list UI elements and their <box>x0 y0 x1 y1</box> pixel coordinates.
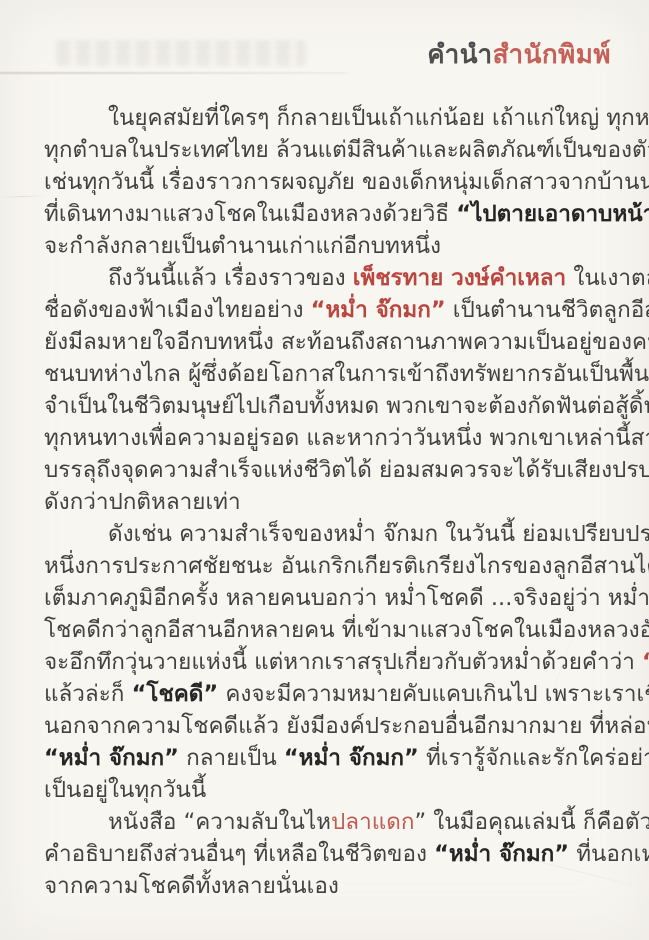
text-segment: เป็นตำนานชีวิตลูกอีสานที่ <box>446 297 649 323</box>
preface-heading: คำนำสำนักพิมพ์ <box>427 34 611 75</box>
text-segment: “หม่ำ จ๊กมก” <box>44 745 179 771</box>
text-segment: ในยุคสมัยที่ใครๆ ก็กลายเป็นเถ้าแก่น้อย เ… <box>108 105 649 131</box>
text-segment: จะอึกทึกวุ่นวายแห่งนี้ แต่หากเราสรุปเกี่… <box>44 649 642 675</box>
text-segment: จากความโชคดีทั้งหลายนั่นเอง <box>44 873 339 899</box>
text-segment: โชคดีกว่าลูกอีสานอีกหลายคน ที่เข้ามาแสวง… <box>44 617 649 643</box>
text-line: แล้วล่ะก็ “โชคดี” คงจะมีความหมายคับแคบเก… <box>44 678 614 710</box>
text-line: จำเป็นในชีวิตมนุษย์ไปเกือบทั้งหมด พวกเขา… <box>44 390 614 422</box>
text-line: ชื่อดังของฟ้าเมืองไทยอย่าง “หม่ำ จ๊กมก” … <box>44 294 614 326</box>
text-line: ยังมีลมหายใจอีกบทหนึ่ง สะท้อนถึงสถานภาพค… <box>44 326 614 358</box>
text-line: จะอึกทึกวุ่นวายแห่งนี้ แต่หากเราสรุปเกี่… <box>44 646 614 678</box>
text-line: ทุกตำบลในประเทศไทย ล้วนแต่มีสินค้าและผลิ… <box>44 134 614 166</box>
text-segment: “ไปตายเอาดาบหน้า” <box>456 201 649 227</box>
text-segment: “หม่ำ จ๊กมก” <box>284 745 419 771</box>
text-segment: นอกจากความโชคดีแล้ว ยังมีองค์ประกอบอื่นอ… <box>44 713 649 739</box>
text-segment: จำเป็นในชีวิตมนุษย์ไปเกือบทั้งหมด พวกเขา… <box>44 393 649 419</box>
text-segment: จะกำลังกลายเป็นตำนานเก่าแก่อีกบทหนึ่ง <box>44 233 441 259</box>
text-segment: ดังกว่าปกติหลายเท่า <box>44 489 241 515</box>
text-segment: “โชคดี” <box>642 649 649 675</box>
text-segment: เต็มภาคภูมิอีกครั้ง หลายคนบอกว่า หม่ำโชค… <box>44 585 649 611</box>
text-segment: ปลาแดก <box>331 809 414 835</box>
text-segment: เป็นอยู่ในทุกวันนี้ <box>44 777 206 803</box>
text-segment: คงจะมีความหมายคับแคบเกินไป เพราะเราเชื่อ… <box>218 681 649 707</box>
text-line: ทุกหนทางเพื่อความอยู่รอด และหากว่าวันหนึ… <box>44 422 614 454</box>
text-segment: หนังสือ “ความลับในไห <box>108 809 331 835</box>
text-line: ถึงวันนี้แล้ว เรื่องราวของ เพ็ชรทาย วงษ์… <box>44 262 614 294</box>
bleed-through-text-artifact <box>56 40 306 66</box>
text-line: เป็นอยู่ในทุกวันนี้ <box>44 774 614 806</box>
text-line: หนึ่งการประกาศชัยชนะ อันเกริกเกียรติเกรี… <box>44 550 614 582</box>
text-line: เต็มภาคภูมิอีกครั้ง หลายคนบอกว่า หม่ำโชค… <box>44 582 614 614</box>
preface-heading-red: สำนักพิมพ์ <box>493 40 611 70</box>
text-segment: ชนบทห่างไกล ผู้ซึ่งด้อยโอกาสในการเข้าถึง… <box>44 361 649 387</box>
text-segment: หนึ่งการประกาศชัยชนะ อันเกริกเกียรติเกรี… <box>44 553 649 579</box>
text-line: คำอธิบายถึงส่วนอื่นๆ ที่เหลือในชีวิตของ … <box>44 838 614 870</box>
text-segment: ชื่อดังของฟ้าเมืองไทยอย่าง <box>44 297 311 323</box>
text-segment: ที่นอกเหนือ <box>569 841 649 867</box>
text-segment: ถึงวันนี้แล้ว เรื่องราวของ <box>108 265 353 291</box>
text-line: ดังกว่าปกติหลายเท่า <box>44 486 614 518</box>
text-segment: ดังเช่น ความสำเร็จของหม่ำ จ๊กมก ในวันนี้… <box>108 521 649 547</box>
preface-body: ในยุคสมัยที่ใครๆ ก็กลายเป็นเถ้าแก่น้อย เ… <box>44 102 614 902</box>
text-segment: “หม่ำ จ๊กมก” <box>434 841 569 867</box>
text-line: ดังเช่น ความสำเร็จของหม่ำ จ๊กมก ในวันนี้… <box>44 518 614 550</box>
text-line: เช่นทุกวันนี้ เรื่องราวการผจญภัย ของเด็ก… <box>44 166 614 198</box>
text-line: “หม่ำ จ๊กมก” กลายเป็น “หม่ำ จ๊กมก” ที่เร… <box>44 742 614 774</box>
paper-crease <box>0 195 46 198</box>
text-segment: ในเงาตลก <box>566 265 649 291</box>
text-line: จากความโชคดีทั้งหลายนั่นเอง <box>44 870 614 902</box>
text-line: ชนบทห่างไกล ผู้ซึ่งด้อยโอกาสในการเข้าถึง… <box>44 358 614 390</box>
text-segment: คำอธิบายถึงส่วนอื่นๆ ที่เหลือในชีวิตของ <box>44 841 434 867</box>
text-line: ที่เดินทางมาแสวงโชคในเมืองหลวงด้วยวิธี “… <box>44 198 614 230</box>
text-line: โชคดีกว่าลูกอีสานอีกหลายคน ที่เข้ามาแสวง… <box>44 614 614 646</box>
text-segment: “โชคดี” <box>132 681 219 707</box>
text-line: จะกำลังกลายเป็นตำนานเก่าแก่อีกบทหนึ่ง <box>44 230 614 262</box>
text-segment: “หม่ำ จ๊กมก” <box>311 297 446 323</box>
text-line: นอกจากความโชคดีแล้ว ยังมีองค์ประกอบอื่นอ… <box>44 710 614 742</box>
book-page: คำนำสำนักพิมพ์ ในยุคสมัยที่ใครๆ ก็กลายเป… <box>0 0 649 940</box>
text-line: ในยุคสมัยที่ใครๆ ก็กลายเป็นเถ้าแก่น้อย เ… <box>44 102 614 134</box>
text-segment: เช่นทุกวันนี้ เรื่องราวการผจญภัย ของเด็ก… <box>44 169 649 195</box>
bleed-through-rule-artifact <box>0 72 348 74</box>
preface-heading-black: คำนำ <box>427 40 492 70</box>
text-segment: ที่เรารู้จักและรักใคร่อย่างที่ <box>419 745 649 771</box>
text-segment: ที่เดินทางมาแสวงโชคในเมืองหลวงด้วยวิธี <box>44 201 456 227</box>
text-line: บรรลุถึงจุดความสำเร็จแห่งชีวิตได้ ย่อมสม… <box>44 454 614 486</box>
text-segment: ทุกหนทางเพื่อความอยู่รอด และหากว่าวันหนึ… <box>44 425 649 451</box>
text-segment: ทุกตำบลในประเทศไทย ล้วนแต่มีสินค้าและผลิ… <box>44 137 649 163</box>
text-segment: แล้วล่ะก็ <box>44 681 132 707</box>
text-segment: ” ในมือคุณเล่มนี้ ก็คือตัวอย่าง <box>414 809 649 835</box>
text-segment: บรรลุถึงจุดความสำเร็จแห่งชีวิตได้ ย่อมสม… <box>44 457 649 483</box>
text-segment: กลายเป็น <box>179 745 284 771</box>
text-segment: ยังมีลมหายใจอีกบทหนึ่ง สะท้อนถึงสถานภาพค… <box>44 329 649 355</box>
text-segment: เพ็ชรทาย วงษ์คำเหลา <box>353 265 566 291</box>
text-line: หนังสือ “ความลับในไหปลาแดก” ในมือคุณเล่ม… <box>44 806 614 838</box>
